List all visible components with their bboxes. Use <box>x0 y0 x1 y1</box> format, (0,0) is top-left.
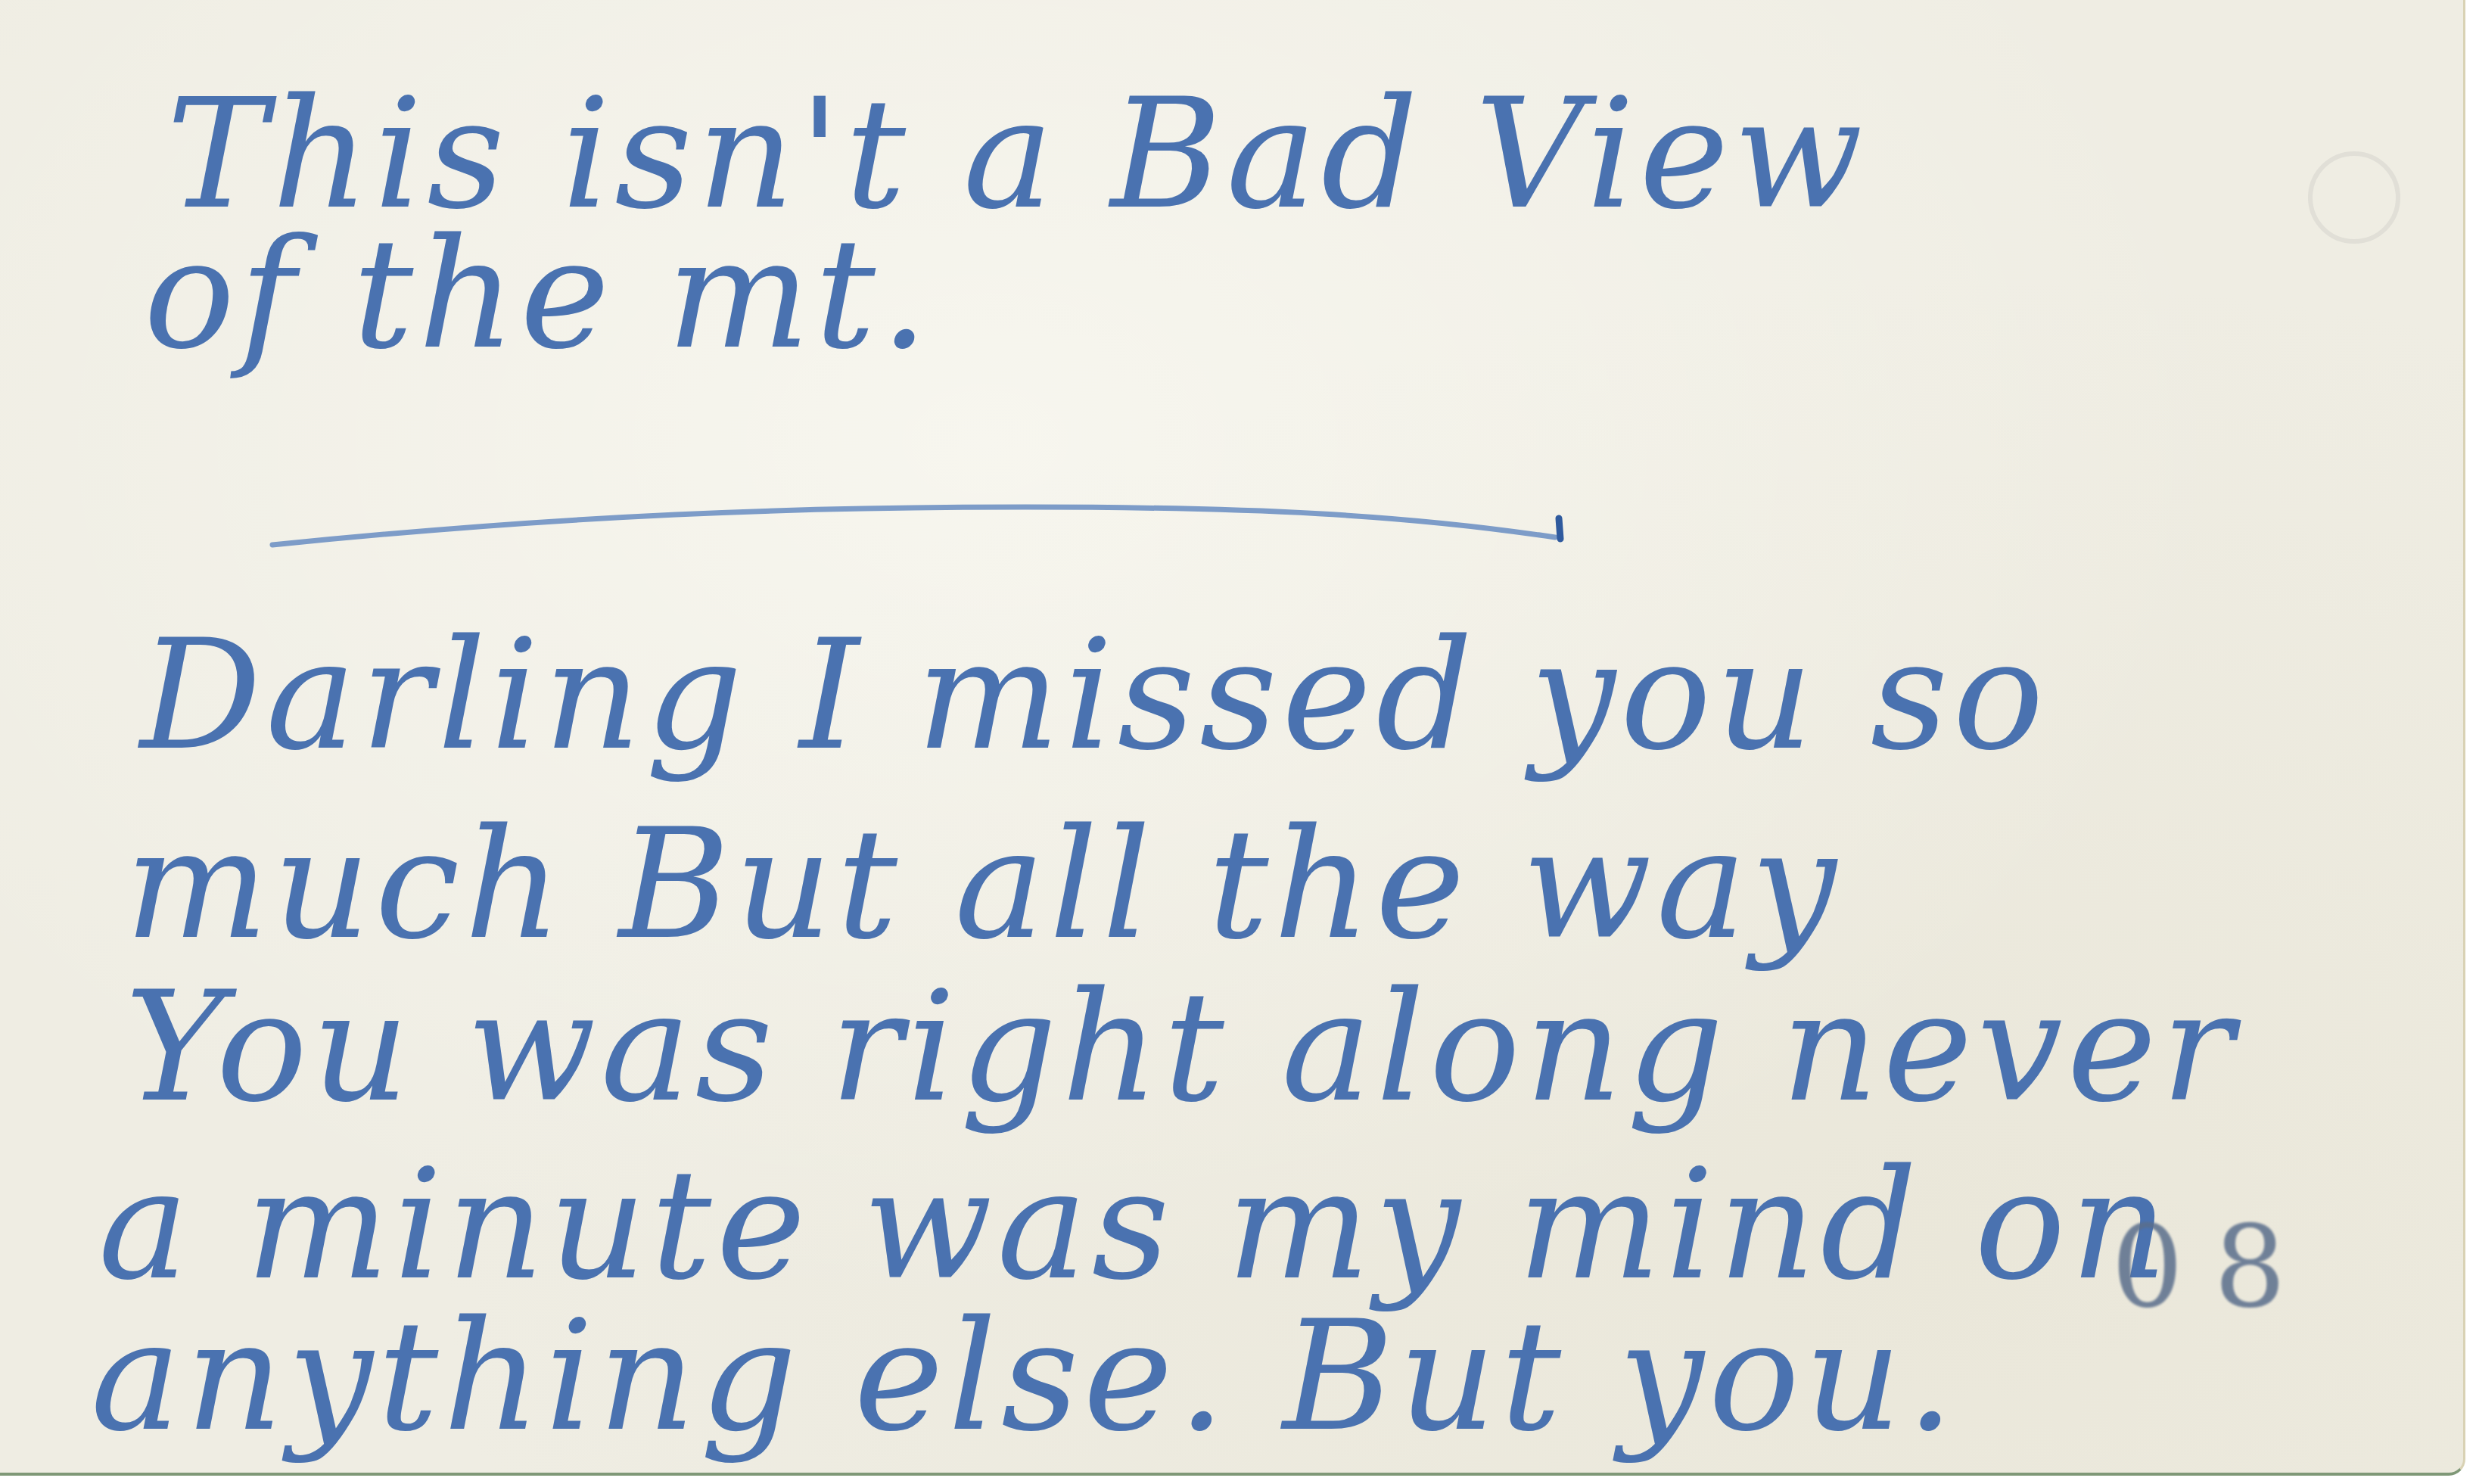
stamped-number: 08 <box>2111 1211 2316 1324</box>
postcard-back: This isn't a Bad View of the mt. Darling… <box>0 0 2465 1476</box>
handwritten-line-6: a minute was my mind on <box>98 1150 2172 1302</box>
faint-show-through-mark <box>2308 151 2400 244</box>
handwritten-line-2: of the mt. <box>144 219 933 371</box>
handwritten-line-3: Darling I missed you so <box>140 621 2048 772</box>
handwritten-line-5: You was right along never <box>125 972 2238 1124</box>
handwritten-line-7: anything else. But you. <box>91 1302 1959 1453</box>
handwritten-line-4: much But all the way <box>125 810 1841 961</box>
hand-drawn-divider-line <box>269 484 1578 552</box>
